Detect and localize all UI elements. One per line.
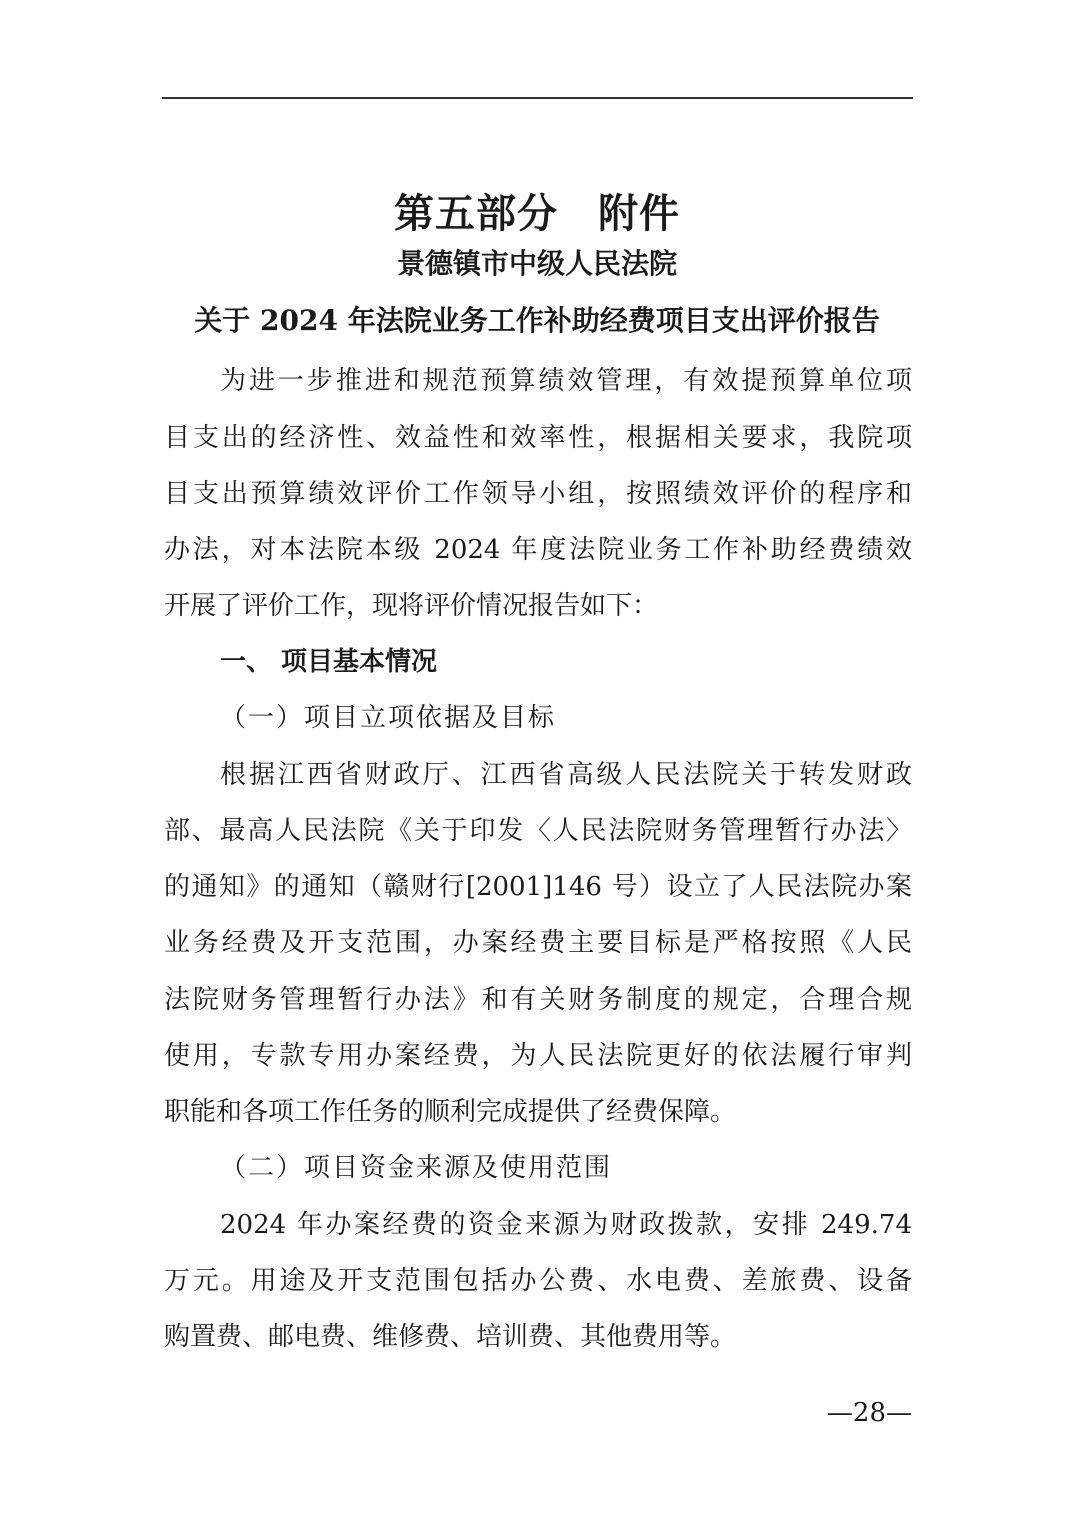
part-title: 第五部分附件	[0, 186, 1074, 242]
body-line: 购置费、邮电费、维修费、培训费、其他费用等。	[164, 1317, 912, 1357]
subsection-heading: （二）项目资金来源及使用范围	[220, 1148, 612, 1188]
intro-line: 目支出预算绩效评价工作领导小组，按照绩效评价的程序和	[164, 474, 912, 514]
body-line: 根据江西省财政厅、江西省高级人民法院关于转发财政	[220, 755, 912, 795]
organization-title: 景德镇市中级人民法院	[0, 242, 1074, 286]
part-title-right: 附件	[598, 190, 680, 237]
body-line: 法院财务管理暂行办法》和有关财务制度的规定，合理合规	[164, 980, 912, 1020]
header-rule	[162, 97, 913, 99]
intro-line: 开展了评价工作，现将评价情况报告如下：	[164, 586, 912, 626]
body-line: 职能和各项工作任务的顺利完成提供了经费保障。	[164, 1092, 912, 1132]
body-line: 万元。用途及开支范围包括办公费、水电费、差旅费、设备	[164, 1261, 912, 1301]
page-number: —28—	[827, 1395, 912, 1431]
body-line: 使用，专款专用办案经费，为人民法院更好的依法履行审判	[164, 1036, 912, 1076]
section-heading: 一、 项目基本情况	[220, 642, 437, 682]
report-title: 关于 2024 年法院业务工作补助经费项目支出评价报告	[0, 299, 1074, 343]
subsection-heading: （一）项目立项依据及目标	[220, 698, 556, 738]
intro-line: 办法，对本法院本级 2024 年度法院业务工作补助经费绩效	[164, 530, 912, 570]
body-line: 的通知》的通知（赣财行[2001]146 号）设立了人民法院办案	[164, 867, 912, 907]
intro-line: 目支出的经济性、效益性和效率性，根据相关要求，我院项	[164, 418, 912, 458]
part-title-left: 第五部分	[394, 190, 558, 237]
body-line: 业务经费及开支范围，办案经费主要目标是严格按照《人民	[164, 923, 912, 963]
intro-line: 为进一步推进和规范预算绩效管理，有效提预算单位项	[220, 361, 912, 401]
body-line: 2024 年办案经费的资金来源为财政拨款，安排 249.74	[220, 1205, 912, 1245]
body-line: 部、最高人民法院《关于印发〈人民法院财务管理暂行办法〉	[164, 811, 912, 851]
